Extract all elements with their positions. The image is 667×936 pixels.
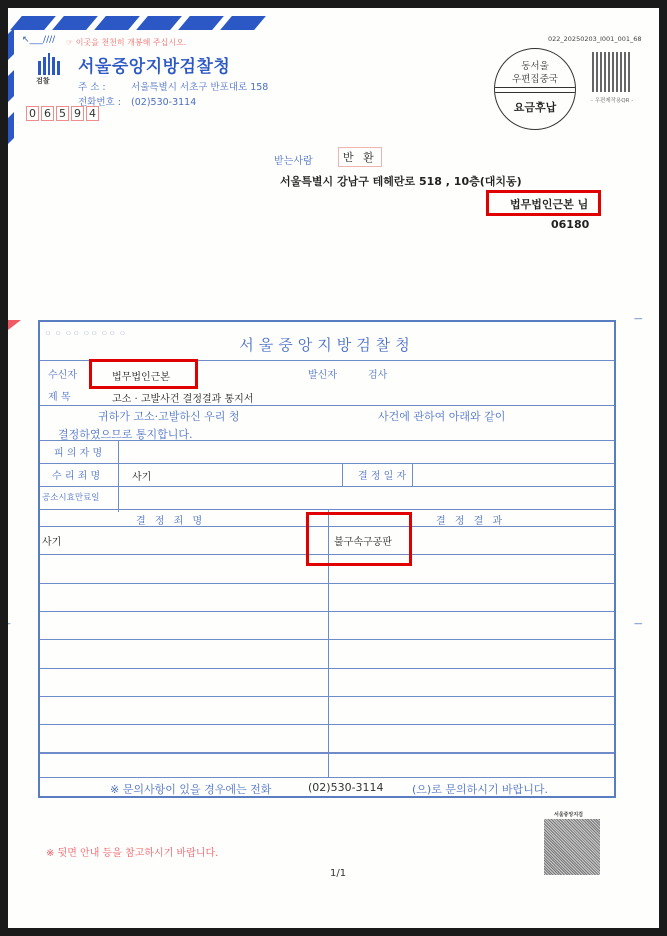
back-page-note: ※ 뒷면 안내 등을 참고하시기 바랍니다. xyxy=(46,844,218,859)
recipient-address: 서울특별시 강남구 테헤란로 518 , 10층(대치동) xyxy=(280,173,522,189)
sender-value: 검사 xyxy=(368,366,387,381)
sender-zip: 0 6 5 9 4 xyxy=(26,106,99,121)
stamp-line-2: 우편집중국 xyxy=(495,71,575,85)
charge-value: 사기 xyxy=(132,468,151,483)
limitation-label: 공소시효만료일 xyxy=(42,491,99,503)
stamp-line-1: 동서울 xyxy=(495,58,575,72)
fold-mark: -- xyxy=(8,619,10,628)
document-code: 022_20250203_I001_001_68 xyxy=(548,35,642,43)
phone-value: (02)530-3114 xyxy=(131,97,196,108)
sender-address: 주 소 : 서울특별시 서초구 반포대로 158 xyxy=(78,79,268,93)
recipient-label: 받는사람 xyxy=(274,152,313,167)
subject-value: 고소 · 고발사건 결정결과 통지서 xyxy=(112,390,253,405)
zip-digit: 0 xyxy=(26,106,39,121)
intro-line-1-left: 귀하가 고소·고발하신 우리 청 xyxy=(98,408,240,424)
charge-label: 수 리 죄 명 xyxy=(52,467,100,482)
return-mark: 반 환 xyxy=(338,147,382,167)
zip-digit: 5 xyxy=(56,106,69,121)
table-row-divider xyxy=(40,696,614,697)
decision-result-highlight xyxy=(306,512,412,566)
table-row-divider xyxy=(40,724,614,725)
address-label: 주 소 : xyxy=(78,79,128,93)
zip-digit: 9 xyxy=(71,106,84,121)
table-header-charge: 결 정 죄 명 xyxy=(136,512,205,527)
zip-digit: 6 xyxy=(41,106,54,121)
qr-caption: 서울중앙지검 xyxy=(554,811,583,818)
table-row-divider xyxy=(40,611,614,612)
sender-label: 발신자 xyxy=(308,366,337,381)
recipient-label: 수신자 xyxy=(48,366,77,381)
page-number: 1/1 xyxy=(330,868,346,879)
table-row-divider xyxy=(40,583,614,584)
intro-line-1-right: 사건에 관하여 아래와 같이 xyxy=(378,408,505,424)
document-qr-code-icon xyxy=(544,819,600,875)
address-value: 서울특별시 서초구 반포대로 158 xyxy=(131,82,268,93)
table-row-divider xyxy=(40,668,614,669)
table-row-divider xyxy=(40,639,614,640)
fold-mark: ---- xyxy=(634,619,642,628)
document-page: ↖___//// ☞ 이곳을 천천히 개봉해 주십시오. 검찰 서울중앙지방검찰… xyxy=(8,8,659,928)
postal-qr-caption: - 우편제작용QR - xyxy=(591,96,633,104)
table-header-result: 결 정 결 과 xyxy=(436,512,505,527)
recipient-name: 법무법인근본 님 xyxy=(510,196,588,212)
form-title: 서울중앙지방검찰청 xyxy=(40,334,614,355)
fold-mark: ---- xyxy=(634,314,642,323)
decision-date-label: 결 정 일 자 xyxy=(358,467,406,482)
footer-phone: (02)530-3114 xyxy=(308,781,384,794)
recipient-value-highlight xyxy=(89,359,198,389)
prosecution-logo-icon xyxy=(38,53,60,75)
open-notice: ☞ 이곳을 천천히 개봉해 주십시오. xyxy=(66,37,186,48)
logo-label: 검찰 xyxy=(36,76,50,86)
footer-suffix: (으)로 문의하시기 바랍니다. xyxy=(412,781,548,797)
footer-prefix: ※ 문의사항이 있을 경우에는 전화 xyxy=(110,781,271,797)
postage-stamp: 동서울 우편집중국 요금후납 xyxy=(494,48,576,130)
open-here-arrow-icon: ↖___//// xyxy=(22,35,55,45)
fold-marker-icon xyxy=(8,320,21,330)
recipient-zip: 06180 xyxy=(551,218,589,231)
sender-org-name: 서울중앙지방검찰청 xyxy=(78,52,230,77)
zip-digit: 4 xyxy=(86,106,99,121)
table-cell-charge: 사기 xyxy=(42,533,61,548)
postal-qr-code-icon xyxy=(592,52,632,92)
suspect-label: 피 의 자 명 xyxy=(54,444,102,459)
subject-label: 제 목 xyxy=(48,388,71,403)
stamp-line-3: 요금후납 xyxy=(495,99,575,115)
table-row-divider xyxy=(40,752,614,753)
